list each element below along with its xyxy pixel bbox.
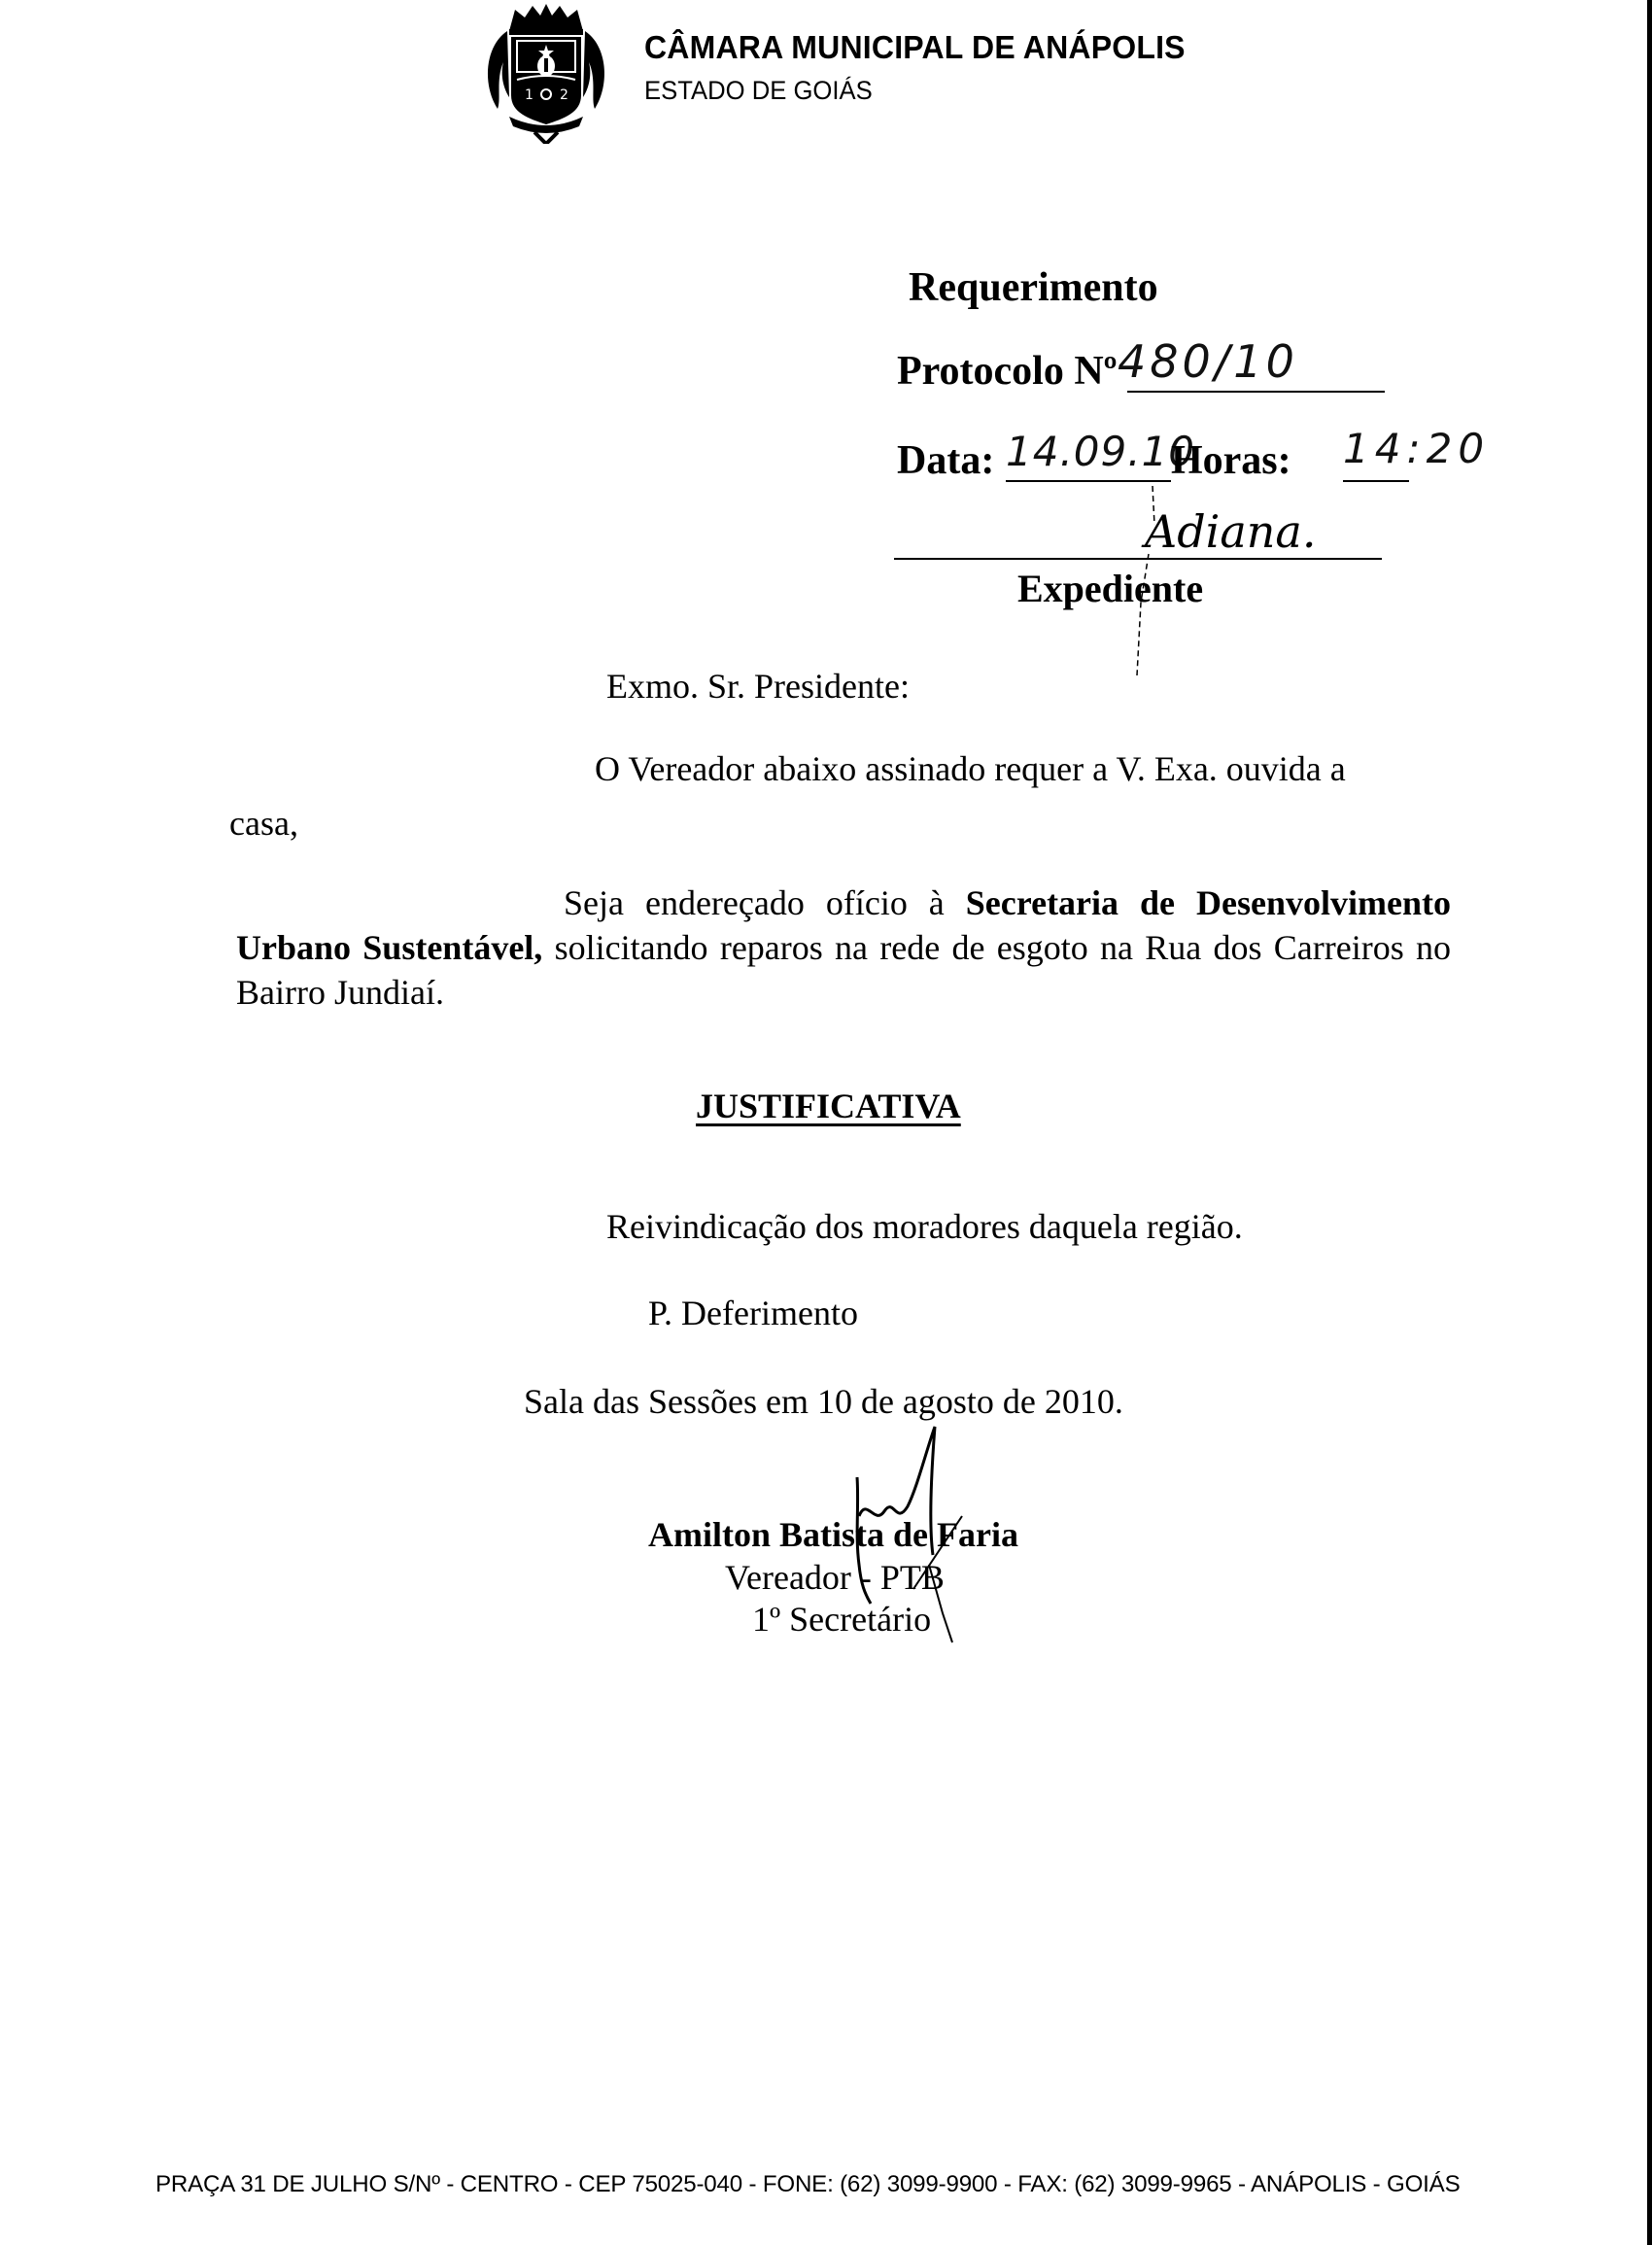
data-fill-line (1006, 480, 1171, 482)
data-label: Data: (897, 437, 994, 484)
justification-heading: JUSTIFICATIVA (696, 1086, 961, 1126)
institution-title: CÂMARA MUNICIPAL DE ANÁPOLIS (644, 29, 1186, 66)
signatory-name: Amilton Batista de Faria (648, 1514, 1018, 1555)
request-paragraph: Seja endereçado ofício à Secretaria de D… (236, 881, 1451, 1015)
clerk-signature: Adiana. (1145, 505, 1316, 558)
protocolo-fill-line (1127, 391, 1385, 393)
horas-fill-line (1343, 480, 1409, 482)
horas-value: 14:20 (1343, 425, 1490, 472)
data-value: 14.09.10 (1006, 428, 1195, 475)
svg-text:2: 2 (560, 87, 568, 103)
institution-subtitle: ESTADO DE GOIÁS (644, 76, 873, 106)
signatory-position: 1º Secretário (752, 1599, 931, 1640)
place-date: Sala das Sessões em 10 de agosto de 2010… (524, 1381, 1123, 1422)
protocolo-value: 480/10 (1118, 335, 1298, 388)
justification-text: Reivindicação dos moradores daquela regi… (606, 1206, 1243, 1247)
footer-address: PRAÇA 31 DE JULHO S/Nº - CENTRO - CEP 75… (155, 2171, 1460, 2198)
section-label: Expediente (1017, 566, 1203, 611)
intro-line: O Vereador abaixo assinado requer a V. E… (595, 748, 1346, 789)
horas-label: Horas: (1171, 437, 1291, 484)
scan-edge (1647, 0, 1652, 2245)
protocolo-label: Protocolo Nº (897, 348, 1118, 395)
document-type: Requerimento (909, 264, 1158, 311)
svg-text:1: 1 (525, 87, 533, 103)
coat-of-arms-icon: 1 2 (480, 2, 612, 144)
request-pre: Seja endereçado ofício à (564, 883, 966, 922)
closing: P. Deferimento (648, 1293, 858, 1333)
signatory-role: Vereador - PTB (725, 1557, 945, 1598)
salutation: Exmo. Sr. Presidente: (606, 666, 910, 707)
intro-continuation: casa, (229, 803, 298, 844)
